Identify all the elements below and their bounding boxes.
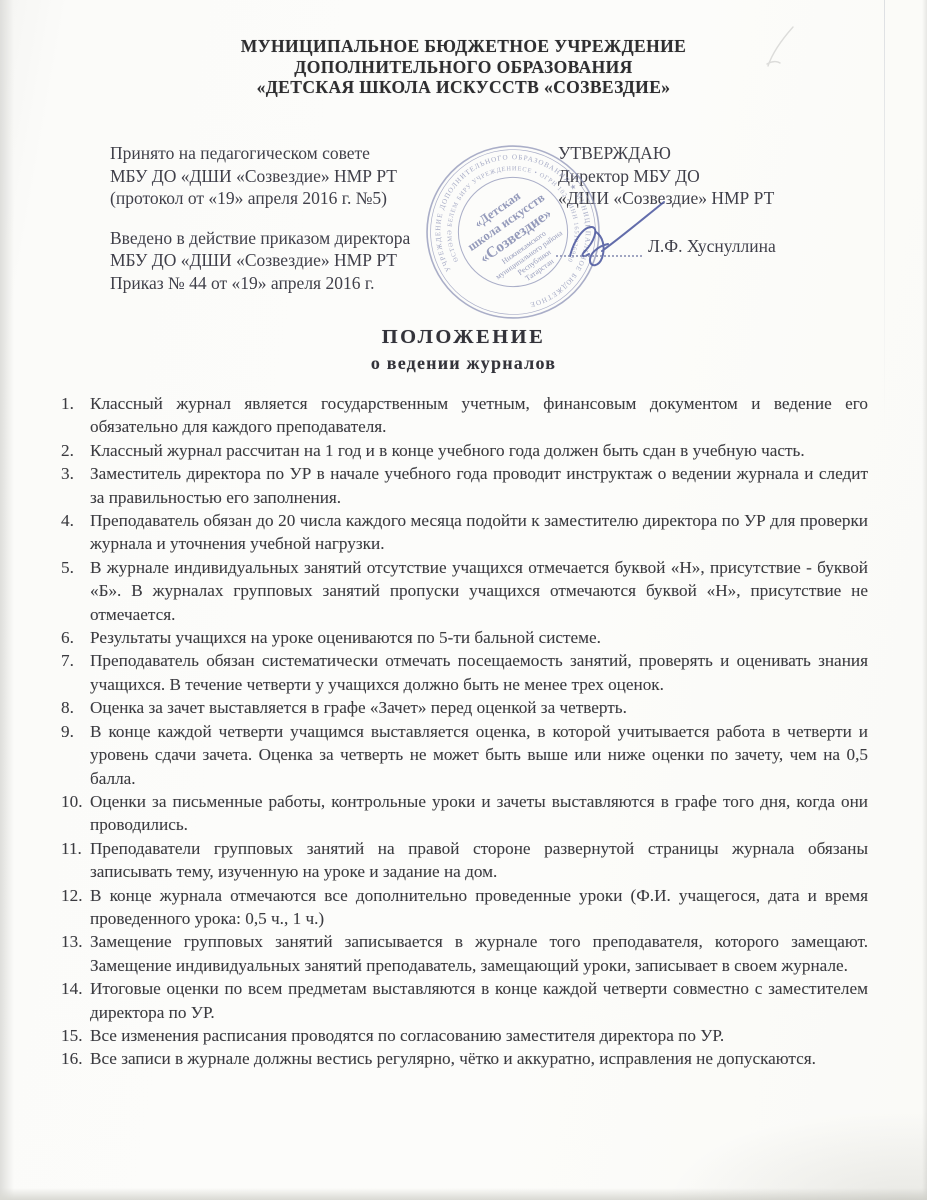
list-item-text: В конце журнала отмечаются все дополните… <box>90 884 868 931</box>
list-item: 15.Все изменения расписания проводятся п… <box>56 1024 868 1047</box>
list-item: 7.Преподаватель обязан систематически от… <box>56 649 868 696</box>
list-item: 10.Оценки за письменные работы, контроль… <box>56 790 868 837</box>
approve-line1: УТВЕРЖДАЮ <box>558 142 898 165</box>
list-item-text: Все записи в журнале должны вестись регу… <box>90 1047 868 1070</box>
list-item-text: Все изменения расписания проводятся по с… <box>90 1024 868 1047</box>
list-item-text: Преподаватели групповых занятий на право… <box>90 837 868 884</box>
list-item-text: Заместитель директора по УР в начале уче… <box>90 462 868 509</box>
org-header: МУНИЦИПАЛЬНОЕ БЮДЖЕТНОЕ УЧРЕЖДЕНИЕ ДОПОЛ… <box>0 36 927 98</box>
list-item: 4.Преподаватель обязан до 20 числа каждо… <box>56 509 868 556</box>
list-item-text: Оценка за зачет выставляется в графе «За… <box>90 696 868 719</box>
list-item-text: Классный журнал рассчитан на 1 год и в к… <box>90 439 868 462</box>
document-title: ПОЛОЖЕНИЕ о ведении журналов <box>0 326 927 374</box>
list-item: 1.Классный журнал является государственн… <box>56 392 868 439</box>
list-item: 12.В конце журнала отмечаются все дополн… <box>56 884 868 931</box>
list-item: 2.Классный журнал рассчитан на 1 год и в… <box>56 439 868 462</box>
list-item-number: 14. <box>56 977 90 1000</box>
scan-edge-left <box>0 0 14 1200</box>
list-item-text: Оценки за письменные работы, контрольные… <box>90 790 868 837</box>
list-item: 3.Заместитель директора по УР в начале у… <box>56 462 868 509</box>
list-item-text: Преподаватель обязан до 20 числа каждого… <box>90 509 868 556</box>
list-item-number: 11. <box>56 837 90 860</box>
list-item-number: 9. <box>56 720 90 743</box>
approve-line2: Директор МБУ ДО <box>558 165 898 188</box>
list-item-number: 2. <box>56 439 90 462</box>
list-item-text: Замещение групповых занятий записывается… <box>90 930 868 977</box>
list-item-text: В журнале индивидуальных занятий отсутст… <box>90 556 868 626</box>
list-item-number: 12. <box>56 884 90 907</box>
list-item: 9.В конце каждой четверти учащимся выста… <box>56 720 868 790</box>
list-item-text: Классный журнал является государственным… <box>90 392 868 439</box>
list-item-text: Итоговые оценки по всем предметам выстав… <box>90 977 868 1024</box>
list-item: 6.Результаты учащихся на уроке оценивают… <box>56 626 868 649</box>
list-item: 5.В журнале индивидуальных занятий отсут… <box>56 556 868 626</box>
list-item-number: 8. <box>56 696 90 719</box>
list-item-number: 6. <box>56 626 90 649</box>
document-page: МУНИЦИПАЛЬНОЕ БЮДЖЕТНОЕ УЧРЕЖДЕНИЕ ДОПОЛ… <box>0 0 927 1200</box>
director-signature <box>552 196 670 272</box>
signer-name: Л.Ф. Хуснуллина <box>648 236 776 257</box>
list-item-number: 16. <box>56 1047 90 1070</box>
list-item-number: 13. <box>56 930 90 953</box>
list-item-number: 5. <box>56 556 90 579</box>
scan-edge-right <box>922 0 927 1200</box>
list-item-number: 10. <box>56 790 90 813</box>
list-item: 8.Оценка за зачет выставляется в графе «… <box>56 696 868 719</box>
org-name-line1: МУНИЦИПАЛЬНОЕ БЮДЖЕТНОЕ УЧРЕЖДЕНИЕ <box>0 36 927 57</box>
list-item-text: В конце каждой четверти учащимся выставл… <box>90 720 868 790</box>
title-line1: ПОЛОЖЕНИЕ <box>0 326 927 349</box>
list-item-number: 4. <box>56 509 90 532</box>
list-item-number: 15. <box>56 1024 90 1047</box>
org-name-line2: ДОПОЛНИТЕЛЬНОГО ОБРАЗОВАНИЯ <box>0 57 927 78</box>
list-item: 14.Итоговые оценки по всем предметам выс… <box>56 977 868 1024</box>
list-item-text: Результаты учащихся на уроке оцениваются… <box>90 626 868 649</box>
list-item: 11.Преподаватели групповых занятий на пр… <box>56 837 868 884</box>
rules-list: 1.Классный журнал является государственн… <box>56 392 868 1071</box>
list-item-number: 3. <box>56 462 90 485</box>
title-line2: о ведении журналов <box>0 353 927 374</box>
list-item-number: 7. <box>56 649 90 672</box>
list-item: 13.Замещение групповых занятий записывае… <box>56 930 868 977</box>
list-item: 16.Все записи в журнале должны вестись р… <box>56 1047 868 1070</box>
signature-line <box>556 253 642 257</box>
org-name-line3: «ДЕТСКАЯ ШКОЛА ИСКУССТВ «СОЗВЕЗДИЕ» <box>0 77 927 98</box>
list-item-number: 1. <box>56 392 90 415</box>
list-item-text: Преподаватель обязан систематически отме… <box>90 649 868 696</box>
scan-smudge <box>667 1110 927 1200</box>
